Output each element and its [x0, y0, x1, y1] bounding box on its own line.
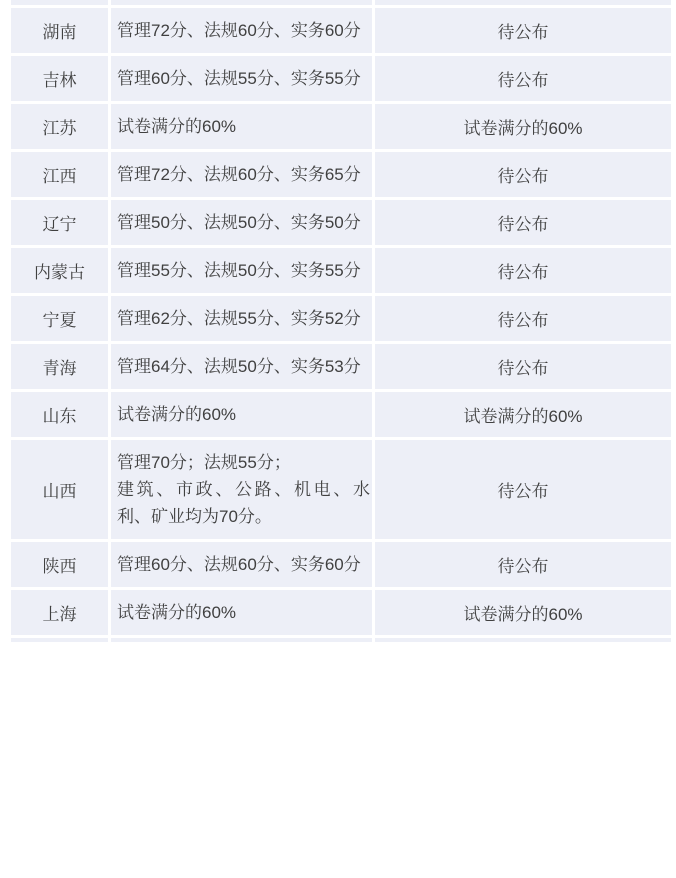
- scores-paragraph: 管理70分；法规55分；: [117, 449, 370, 476]
- province-label: 内蒙古: [34, 258, 85, 283]
- table-row: 山西 管理70分；法规55分；建筑、市政、公路、机电、水利、矿业均为70分。 待…: [11, 440, 671, 539]
- status-label: 待公布: [498, 477, 549, 502]
- score-table: 湖南 管理72分、法规60分、实务60分 待公布 吉林 管理60分、法规55分、…: [11, 0, 671, 642]
- status-label: 待公布: [498, 354, 549, 379]
- scores-paragraph: 管理72分、法规60分、实务65分: [117, 161, 370, 188]
- scores-cell-partial: [111, 638, 372, 642]
- scores-cell: 管理70分；法规55分；建筑、市政、公路、机电、水利、矿业均为70分。: [111, 440, 372, 539]
- province-label: 辽宁: [43, 210, 77, 235]
- scores-cell-partial: [111, 0, 372, 5]
- status-label: 待公布: [498, 162, 549, 187]
- status-cell: 待公布: [375, 248, 671, 293]
- scores-cell: 试卷满分的60%: [111, 392, 372, 437]
- province-label: 山西: [43, 477, 77, 502]
- table-row-partial-top: [11, 0, 671, 5]
- table-row: 山东 试卷满分的60% 试卷满分的60%: [11, 392, 671, 437]
- scores-cell: 管理60分、法规55分、实务55分: [111, 56, 372, 101]
- province-label: 上海: [43, 600, 77, 625]
- table-row: 江西 管理72分、法规60分、实务65分 待公布: [11, 152, 671, 197]
- table-row: 内蒙古 管理55分、法规50分、实务55分 待公布: [11, 248, 671, 293]
- status-cell: 试卷满分的60%: [375, 104, 671, 149]
- province-label: 吉林: [43, 66, 77, 91]
- table-row: 陕西 管理60分、法规60分、实务60分 待公布: [11, 542, 671, 587]
- status-label: 待公布: [498, 18, 549, 43]
- scores-paragraph: 管理62分、法规55分、实务52分: [117, 305, 370, 332]
- table-row: 吉林 管理60分、法规55分、实务55分 待公布: [11, 56, 671, 101]
- scores-paragraph: 管理60分、法规55分、实务55分: [117, 65, 370, 92]
- province-cell: 吉林: [11, 56, 108, 101]
- status-cell: 待公布: [375, 200, 671, 245]
- status-cell: 试卷满分的60%: [375, 590, 671, 635]
- table-row: 宁夏 管理62分、法规55分、实务52分 待公布: [11, 296, 671, 341]
- status-cell: 待公布: [375, 440, 671, 539]
- scores-cell: 管理72分、法规60分、实务60分: [111, 8, 372, 53]
- status-label: 待公布: [498, 210, 549, 235]
- status-label: 待公布: [498, 552, 549, 577]
- table-row: 湖南 管理72分、法规60分、实务60分 待公布: [11, 8, 671, 53]
- province-cell: 山东: [11, 392, 108, 437]
- scores-paragraph: 试卷满分的60%: [117, 401, 370, 428]
- province-label: 江西: [43, 162, 77, 187]
- province-cell-partial: [11, 0, 108, 5]
- status-label: 试卷满分的60%: [463, 600, 582, 625]
- province-cell: 辽宁: [11, 200, 108, 245]
- scores-paragraph: 管理64分、法规50分、实务53分: [117, 353, 370, 380]
- status-cell: 待公布: [375, 542, 671, 587]
- province-cell: 山西: [11, 440, 108, 539]
- province-label: 宁夏: [43, 306, 77, 331]
- province-label: 湖南: [43, 18, 77, 43]
- scores-cell: 管理60分、法规60分、实务60分: [111, 542, 372, 587]
- province-label: 青海: [43, 354, 77, 379]
- status-label: 试卷满分的60%: [463, 114, 582, 139]
- province-cell: 江苏: [11, 104, 108, 149]
- province-cell: 青海: [11, 344, 108, 389]
- scores-cell: 管理62分、法规55分、实务52分: [111, 296, 372, 341]
- scores-cell: 试卷满分的60%: [111, 590, 372, 635]
- province-cell-partial: [11, 638, 108, 642]
- scores-cell: 管理55分、法规50分、实务55分: [111, 248, 372, 293]
- province-cell: 宁夏: [11, 296, 108, 341]
- page: 湖南 管理72分、法规60分、实务60分 待公布 吉林 管理60分、法规55分、…: [0, 0, 676, 878]
- scores-paragraph: 管理50分、法规50分、实务50分: [117, 209, 370, 236]
- table-row: 青海 管理64分、法规50分、实务53分 待公布: [11, 344, 671, 389]
- scores-paragraph: 试卷满分的60%: [117, 599, 370, 626]
- table-row: 辽宁 管理50分、法规50分、实务50分 待公布: [11, 200, 671, 245]
- province-cell: 上海: [11, 590, 108, 635]
- scores-paragraph: 管理55分、法规50分、实务55分: [117, 257, 370, 284]
- scores-paragraph: 管理72分、法规60分、实务60分: [117, 17, 370, 44]
- province-cell: 陕西: [11, 542, 108, 587]
- province-cell: 内蒙古: [11, 248, 108, 293]
- status-cell: 试卷满分的60%: [375, 392, 671, 437]
- province-label: 陕西: [43, 552, 77, 577]
- scores-paragraph: 管理60分、法规60分、实务60分: [117, 551, 370, 578]
- status-label: 待公布: [498, 66, 549, 91]
- status-label: 试卷满分的60%: [463, 402, 582, 427]
- table-row: 上海 试卷满分的60% 试卷满分的60%: [11, 590, 671, 635]
- status-cell-partial: [375, 0, 671, 5]
- table-row: 江苏 试卷满分的60% 试卷满分的60%: [11, 104, 671, 149]
- status-cell: 待公布: [375, 56, 671, 101]
- table-row-partial-bottom: [11, 638, 671, 642]
- status-cell: 待公布: [375, 344, 671, 389]
- scores-cell: 管理50分、法规50分、实务50分: [111, 200, 372, 245]
- province-label: 山东: [43, 402, 77, 427]
- province-cell: 湖南: [11, 8, 108, 53]
- status-cell: 待公布: [375, 296, 671, 341]
- scores-cell: 试卷满分的60%: [111, 104, 372, 149]
- status-cell: 待公布: [375, 8, 671, 53]
- status-label: 待公布: [498, 258, 549, 283]
- status-label: 待公布: [498, 306, 549, 331]
- status-cell-partial: [375, 638, 671, 642]
- scores-paragraph: 建筑、市政、公路、机电、水利、矿业均为70分。: [117, 476, 370, 530]
- status-cell: 待公布: [375, 152, 671, 197]
- province-cell: 江西: [11, 152, 108, 197]
- province-label: 江苏: [43, 114, 77, 139]
- scores-cell: 管理64分、法规50分、实务53分: [111, 344, 372, 389]
- scores-cell: 管理72分、法规60分、实务65分: [111, 152, 372, 197]
- scores-paragraph: 试卷满分的60%: [117, 113, 370, 140]
- table-rows: 湖南 管理72分、法规60分、实务60分 待公布 吉林 管理60分、法规55分、…: [11, 8, 671, 635]
